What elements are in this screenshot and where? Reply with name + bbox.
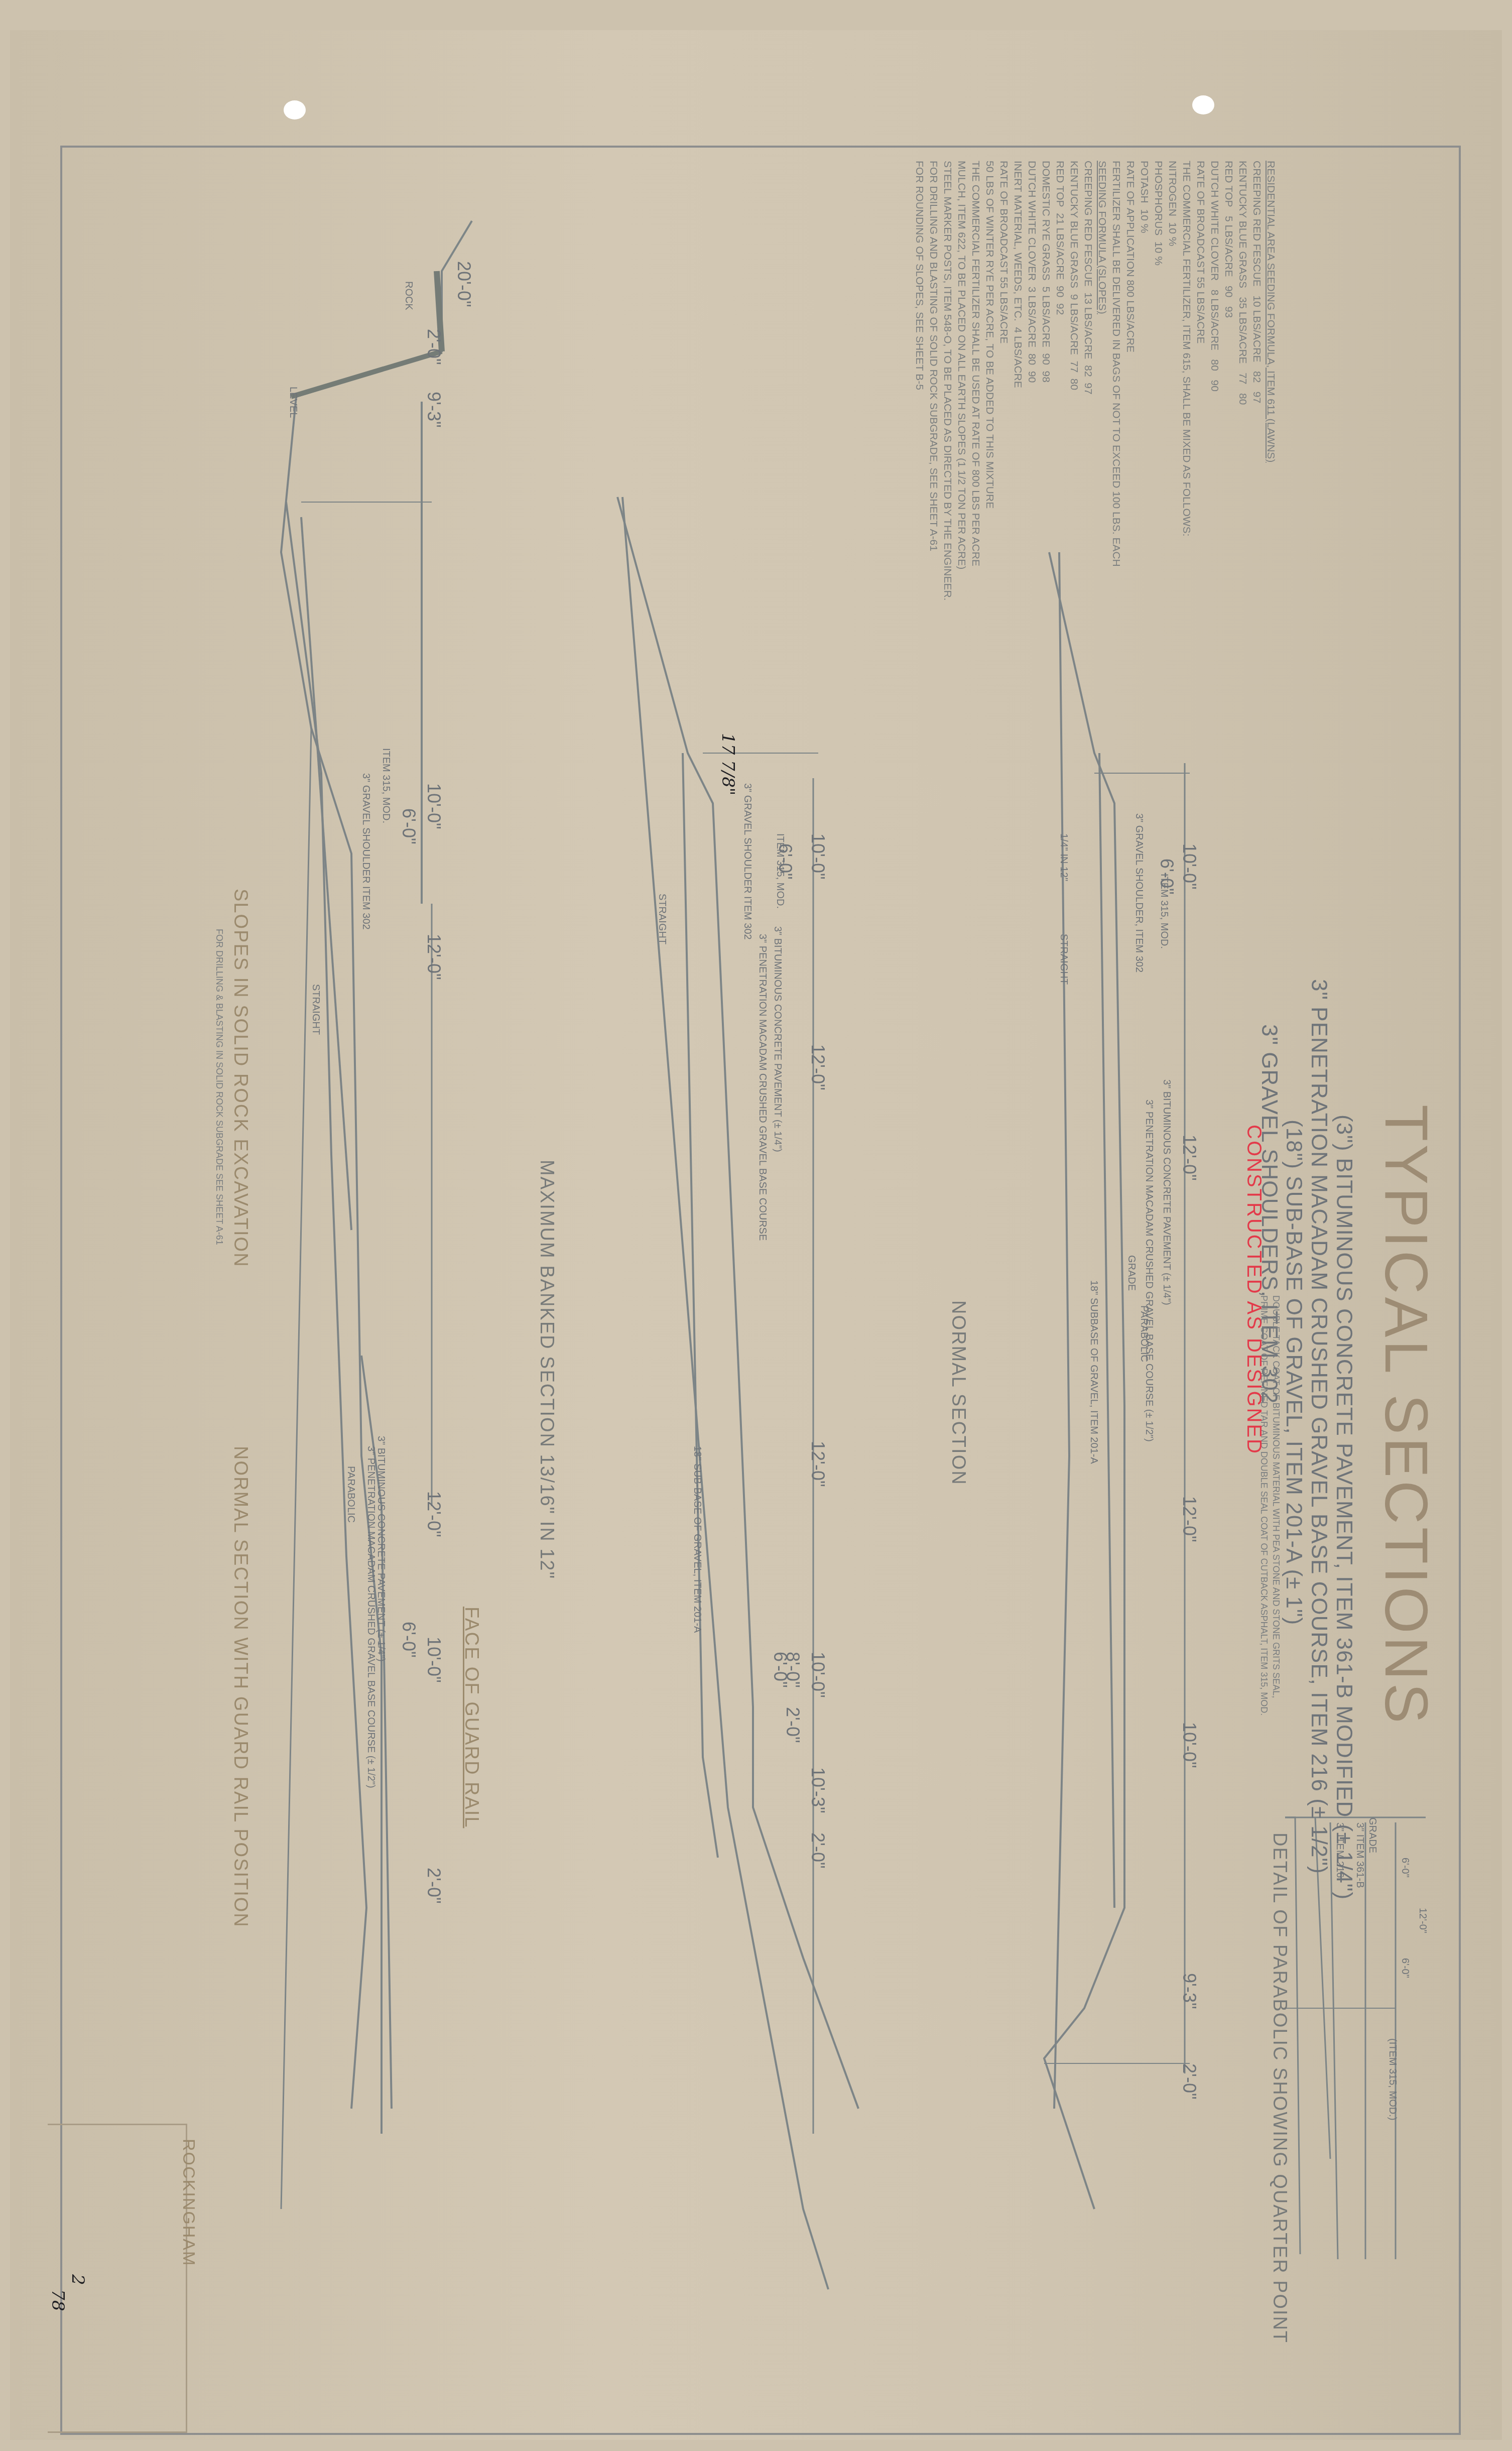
dim-label: 10'-0" <box>1179 1722 1200 1768</box>
note-line: STEEL MARKER POSTS, ITEM 548-O, TO BE PL… <box>940 161 954 600</box>
dim-label: 10'-0" <box>423 783 444 829</box>
item-label: ITEM 315, MOD. <box>774 833 786 909</box>
dim-label: 9'-3" <box>423 392 444 428</box>
parabolic-label: PARABOLIC <box>345 1466 356 1523</box>
shoulder-label: 3" GRAVEL SHOULDER ITEM 302 <box>741 783 753 940</box>
section-title-normal: NORMAL SECTION <box>947 1300 969 1486</box>
dim-label: 2'-0" <box>807 1832 828 1869</box>
dim-label: 2'-0" <box>423 329 444 365</box>
sheet-title: TYPICAL SECTIONS <box>1371 1105 1441 1726</box>
item-label: ITEM 315, MOD. <box>380 748 392 823</box>
dim-label: 12'-0" <box>1179 1135 1200 1181</box>
fertilizer-row: PHOSPHORUS 10 % <box>1151 161 1165 600</box>
lawns-row: CREEPING RED FESCUE 10 LBS/ACRE 82 97 <box>1249 161 1264 600</box>
section-subtitle-rock: FOR DRILLING & BLASTING IN SOLID ROCK SU… <box>214 929 224 1245</box>
pavement-label: 3" BITUMINOUS CONCRETE PAVEMENT (± 1/4") <box>772 926 783 1152</box>
fertilizer-row: NITROGEN 10 % <box>1165 161 1179 600</box>
slope-label: 1/4" IN 12" <box>1058 833 1069 881</box>
pavement-label: 3" BITUMINOUS CONCRETE PAVEMENT (± 1/4") <box>375 1436 387 1662</box>
section-title-guardrail: NORMAL SECTION WITH GUARD RAIL POSITION <box>229 1446 251 1928</box>
rock-label: ROCK <box>403 281 414 310</box>
note-line: 50 LBS OF WINTER RYE PER ACRE, TO BE ADD… <box>982 161 996 600</box>
handwritten-number: 2 <box>68 2274 88 2285</box>
lawns-heading: RESIDENTIAL AREA SEEDING FORMULA, ITEM 6… <box>1264 161 1278 600</box>
dim-label: 2'-0" <box>423 1868 444 1904</box>
note-line: FOR ROUNDING OF SLOPES, SEE SHEET B-5 <box>912 161 926 600</box>
dim-label: 6'-0" <box>398 1622 419 1658</box>
dim-label: 6'-0" <box>1399 1858 1411 1878</box>
lawns-row: DUTCH WHITE CLOVER 8 LBS/ACRE 80 90 <box>1207 161 1221 600</box>
note-line: MULCH, ITEM 622, TO BE PLACED ON ALL EAR… <box>954 161 968 600</box>
dim-label: 10'-0" <box>1179 843 1200 890</box>
straight-label: STRAIGHT <box>1058 934 1069 985</box>
lawns-row: KENTUCKY BLUE GRASS 35 LBS/ACRE 77 80 <box>1235 161 1249 600</box>
slopes-row: DUTCH WHITE CLOVER 3 LBS/ACRE 80 90 <box>1025 161 1039 600</box>
slopes-row: KENTUCKY BLUE GRASS 9 LBS/ACRE 77 80 <box>1067 161 1081 600</box>
note-line: THE COMMERCIAL FERTILIZER SHALL BE USED … <box>968 161 982 600</box>
dim-label: 2'-0" <box>782 1707 803 1743</box>
dim-label: 12'-0" <box>807 1044 828 1090</box>
dim-label: 12'-0" <box>423 1491 444 1537</box>
slopes-row: CREEPING RED FESCUE 13 LBS/ACRE 82 97 <box>1081 161 1095 600</box>
slopes-row: INERT MATERIAL, WEEDS, ETC. 4 LBS/ACRE <box>1011 161 1025 600</box>
spec-line-1: (3") BITUMINOUS CONCRETE PAVEMENT, ITEM … <box>1331 1115 1356 1900</box>
base-course-label: 3" PENETRATION MACADAM CRUSHED GRAVEL BA… <box>1143 1099 1155 1442</box>
spec-line-3: (18") SUB-BASE OF GRAVEL, ITEM 201-A (± … <box>1281 1120 1306 1625</box>
slopes-row: RED TOP 21 LBS/ACRE 90 92 <box>1053 161 1067 600</box>
straight-label: STRAIGHT <box>656 894 668 944</box>
notes-block: RESIDENTIAL AREA SEEDING FORMULA, ITEM 6… <box>912 161 1278 600</box>
dim-label: 6'-0" <box>1399 1958 1411 1978</box>
constructed-as-designed-stamp: CONSTRUCTED AS DESIGNED <box>1242 1125 1265 1455</box>
grade-label: GRADE <box>1366 1817 1378 1853</box>
parabolic-label: PARABOLIC <box>1138 1305 1150 1362</box>
dim-label: 12'-0" <box>423 934 444 980</box>
pavement-label: 3" BITUMINOUS CONCRETE PAVEMENT (± 1/4") <box>1161 1079 1172 1305</box>
dim-label: 2'-0" <box>1179 2063 1200 2100</box>
base-course-label: 3" PENETRATION MACADAM CRUSHED GRAVEL BA… <box>757 934 768 1241</box>
dim-label: 10'-0" <box>807 1652 828 1698</box>
slopes-heading: SEEDING FORMULA (SLOPES) <box>1095 161 1109 600</box>
shoulder-label: 3" GRAVEL SHOULDER ITEM 302 <box>360 773 371 930</box>
dim-label: 10'-0" <box>423 1637 444 1683</box>
dim-label: 12'-0" <box>807 1441 828 1487</box>
shoulder-label: 3" GRAVEL SHOULDER, ITEM 302 <box>1133 813 1145 972</box>
fertilizer-row: POTASH 10 % <box>1137 161 1151 600</box>
handwritten-number: 78 <box>48 2289 68 2311</box>
level-label: LEVEL <box>287 387 299 418</box>
dim-label: 12'-0" <box>1417 1908 1428 1933</box>
item-label: 3" ITEM 216 <box>1334 1822 1345 1878</box>
item-label: ITEM 315, MOD. <box>1158 874 1170 949</box>
section-title-rock: SLOPES IN SOLID ROCK EXCAVATION <box>229 889 251 1268</box>
note-line: FOR DRILLING AND BLASTING OF SOLID ROCK … <box>926 161 940 600</box>
dim-label: 10'-0" <box>807 833 828 880</box>
item-label: 3" ITEM 361-B <box>1354 1822 1365 1888</box>
fertilizer-rate: RATE OF APPLICATION 800 LBS/ACRE <box>1123 161 1137 600</box>
county-label: ROCKINGHAM <box>179 2139 198 2266</box>
grade-label: GRADE <box>1125 1255 1137 1291</box>
subbase-label: 18" SUBBASE OF GRAVEL, ITEM 201-A <box>1088 1280 1099 1464</box>
base-course-label: 3" PENETRATION MACADAM CRUSHED GRAVEL BA… <box>365 1446 376 1788</box>
dim-label: 10'-3" <box>807 1767 828 1813</box>
item-label: (ITEM 315, MOD.) <box>1387 2038 1398 2120</box>
straight-label: STRAIGHT <box>310 984 321 1035</box>
section-title-parabolic: DETAIL OF PARABOLIC SHOWING QUARTER POIN… <box>1269 1832 1290 2344</box>
slopes-broadcast-rate: RATE OF BROADCAST 55 LBS/ACRE <box>996 161 1011 600</box>
shoulder-note-1: DOUBLE TACK COAT OF BITUMINOUS MATERIAL … <box>1271 1295 1281 1698</box>
subbase-label: 18" SUB-BASE OF GRAVEL, ITEM 201-A <box>691 1446 703 1633</box>
lawns-broadcast-rate: RATE OF BROADCAST 55 LBS/ACRE <box>1193 161 1207 600</box>
face-of-guard-rail-label: FACE OF GUARD RAIL <box>460 1607 482 1828</box>
dim-label: 6'-0" <box>398 808 419 844</box>
dim-label: 20'-0" <box>453 261 474 307</box>
dim-label: 9'-3" <box>1179 1973 1200 2009</box>
dim-label: 12'-0" <box>1179 1496 1200 1542</box>
spec-line-2: 3" PENETRATION MACADAM CRUSHED GRAVEL BA… <box>1306 979 1331 1874</box>
section-title-banked: MAXIMUM BANKED SECTION 13/16" IN 12" <box>536 1160 557 1579</box>
dim-label: 6'-0" <box>770 1652 791 1688</box>
lawns-row: RED TOP 5 LBS/ACRE 90 93 <box>1221 161 1235 600</box>
fertilizer-text: THE COMMERCIAL FERTILIZER, ITEM 615, SHA… <box>1179 161 1193 600</box>
fertilizer-bags: FERTILIZER SHALL BE DELIVERED IN BAGS OF… <box>1109 161 1123 600</box>
handwritten-dimension: 17 7/8" <box>718 733 738 795</box>
slopes-row: DOMESTIC RYE GRASS 5 LBS/ACRE 90 98 <box>1039 161 1053 600</box>
